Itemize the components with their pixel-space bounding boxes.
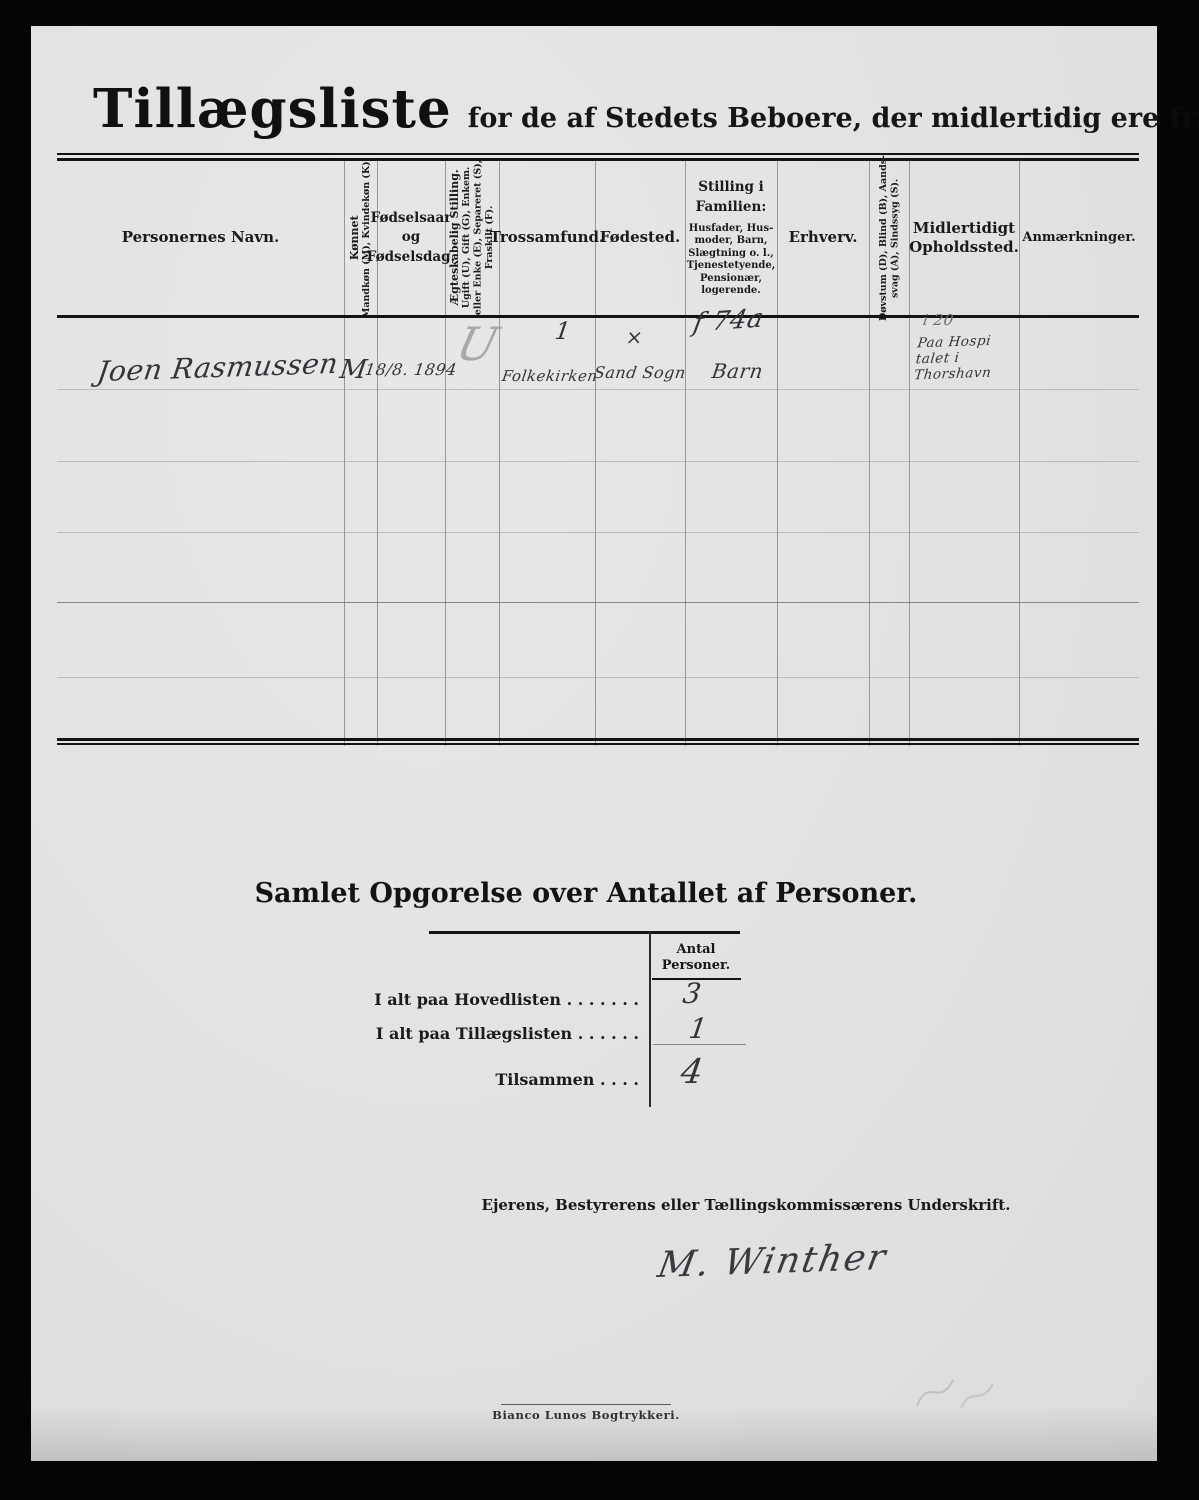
table-bottom-rule-thick [57, 738, 1139, 741]
col-header-remarks: Anmærkninger. [1019, 165, 1139, 311]
signature-label: Ejerens, Bestyrerens eller Tællingskommi… [451, 1196, 1041, 1214]
col-header-sex: Kønnet Mandkøn (M), Kvindekøn (K). [344, 165, 377, 311]
entry-family-position: Barn [710, 360, 764, 382]
entry-birthplace: Sand Sogn [593, 364, 687, 382]
row-line [57, 389, 1139, 390]
entry-name: Joen Rasmussen [95, 349, 340, 388]
row-line [57, 602, 1139, 603]
pencil-smudge [911, 1364, 1006, 1419]
col-header-birthdate: Fødselsaar og Fødselsdag. [377, 165, 445, 311]
col-header-disability: Døvstum (D), Blind (B), Aands- svag (A),… [869, 165, 909, 311]
summary-tillaegslisten-value: 1 [687, 1014, 710, 1045]
entry-marital-status: U [452, 319, 504, 370]
table-bottom-rule-thin [57, 743, 1139, 745]
summary-tilsammen-value: 4 [678, 1054, 705, 1091]
form-title: Tillægsliste for de af Stedets Beboere, … [93, 82, 1199, 138]
printer-rule [501, 1404, 671, 1405]
header-bottom-rule [57, 315, 1139, 318]
census-form-page: Tillægsliste for de af Stedets Beboere, … [31, 26, 1157, 1461]
title-rule-thin [57, 153, 1139, 155]
col-header-religion: Trossamfund. [499, 165, 595, 311]
summary-hovedlisten-value: 3 [681, 979, 704, 1010]
entry-birthplace-mark: × [624, 326, 644, 348]
form-title-main: Tillægsliste [93, 82, 452, 138]
printer-credit: Bianco Lunos Bogtrykkeri. [456, 1408, 716, 1422]
absentees-table: Personernes Navn. Kønnet Mandkøn (M), Kv… [57, 161, 1139, 746]
signature-handwriting: M. Winther [655, 1238, 891, 1285]
entry-residence-mark: i 20 [922, 312, 955, 329]
summary-row-tilsammen-label: Tilsammen . . . . [281, 1070, 639, 1089]
summary-top-rule [429, 931, 740, 934]
form-title-subtitle: for de af Stedets Beboere, der midlertid… [468, 103, 1160, 134]
entry-birthdate: 18/8. 1894 [364, 361, 458, 379]
col-header-family-position: Stilling i Familien: Husfader, Hus- mode… [685, 163, 777, 313]
col-header-name: Personernes Navn. [57, 165, 344, 311]
summary-title: Samlet Opgorelse over Antallet af Person… [181, 878, 991, 909]
col-header-birthplace: Fødested. [595, 165, 685, 311]
summary-row-tillaegslisten-label: I alt paa Tillægslisten . . . . . . [281, 1024, 639, 1043]
summary-count-header: Antal Personer. [651, 942, 741, 975]
entry-family-mark: f 74a [691, 305, 766, 338]
entry-religion: Folkekirken [501, 368, 599, 385]
summary-row-hovedlisten-label: I alt paa Hovedlisten . . . . . . . [281, 990, 639, 1009]
row-line [57, 532, 1139, 533]
col-header-temporary-residence: Midlertidigt Opholdssted. [909, 165, 1019, 311]
row-line [57, 461, 1139, 462]
col-header-occupation: Erhverv. [777, 165, 869, 311]
entry-religion-mark: 1 [553, 318, 572, 344]
form-title-emphasis: fraværende. [1169, 103, 1199, 134]
entry-temporary-residence: Paa Hospi talet i Thorshavn [913, 333, 995, 384]
row-line [57, 677, 1139, 678]
